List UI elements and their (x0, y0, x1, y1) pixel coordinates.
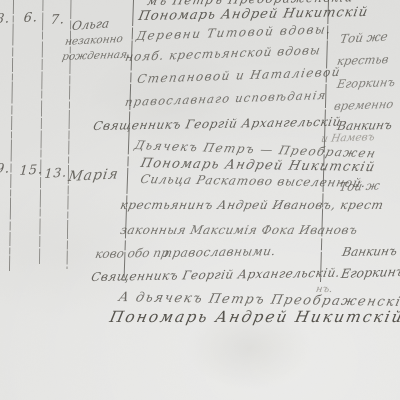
record2-main-line3: законныя Максимія Фока Ивановъ (119, 224, 359, 237)
record1-right-line2: крестьв (336, 53, 390, 68)
record2-priest-signature: Священникъ Георгій Архангельскій. (90, 267, 341, 285)
record1-main-line2: Пономарь Андрей Никитскій (137, 6, 369, 24)
record1-right-line4: временно (333, 98, 394, 113)
record1-main-line6: православнаго исповѣданія (124, 89, 328, 109)
record2-ponomar-signature: Пономарь Андрей Никитскій (108, 309, 400, 326)
record2-number-col3: 13. (44, 165, 68, 180)
record1-main-line3: Деревни Титовой вдовы. (135, 23, 333, 43)
record2-main-line4b: православными. (163, 245, 277, 260)
record2-number-col2: 15. (19, 163, 44, 179)
record1-main-line5: Степановой и Наталіевой (136, 66, 342, 86)
record1-name-note-line2: рожденная. (61, 50, 131, 64)
record2-right-line2: Ванкинъ (341, 245, 398, 259)
register-scan-page: 8. 6. 7. Ольга незаконно рожденная. мъ П… (0, 0, 400, 400)
record1-right-line1: Той же (339, 30, 389, 46)
record2-main-line4a: ково обо пр (94, 247, 170, 262)
record2-main-line1: Сильца Раскатово выселенной. (139, 173, 368, 190)
record2-right-line1: Той ж (338, 179, 381, 194)
record1-right-line3: Егоркинъ (336, 76, 396, 91)
record2-number-col1: 9. (0, 162, 11, 177)
record1-right-line6: и Намевъ (320, 132, 376, 145)
record1-name-note-line1: незаконно (64, 34, 124, 49)
record2-main-line2: крестьянинъ Андрей Ивановъ, крест (119, 199, 385, 212)
record1-number-col3: 7. (50, 13, 66, 28)
record1-priest-signature: Священникъ Георгій Архангельскій (92, 116, 342, 134)
record2-right-line3: Егоркинъ (340, 265, 400, 281)
record2-child-name: Марія (67, 167, 120, 185)
record1-main-line4: нояб. крестьянской вдовы (124, 44, 322, 64)
handwriting-layer: 8. 6. 7. Ольга незаконно рожденная. мъ П… (0, 0, 400, 400)
record2-right-fragment: нъ. (315, 284, 333, 295)
record1-number-col1: 8. (0, 12, 11, 27)
record1-number-col2: 6. (23, 11, 39, 26)
record1-child-name: Ольга (71, 17, 110, 33)
